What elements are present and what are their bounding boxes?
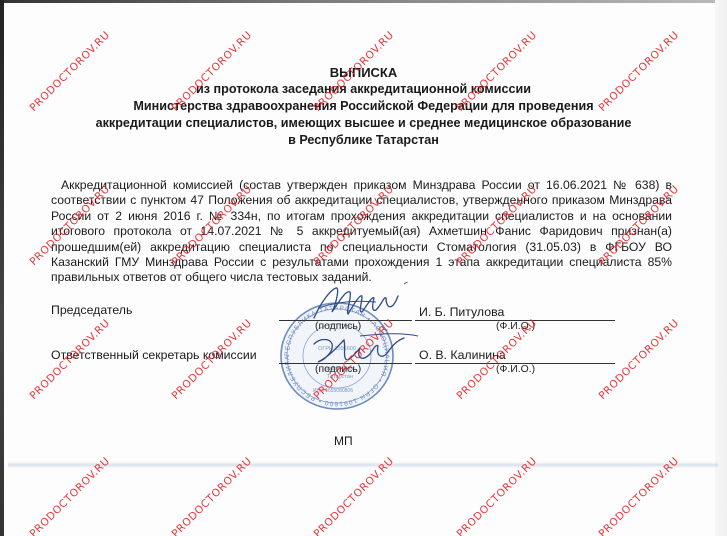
scan-fold-shadow (8, 462, 718, 468)
person-name: И. Б. Питулова (419, 305, 504, 319)
subtitle-line-4: в Республике Татарстан (0, 132, 727, 149)
scan-edge-top (0, 0, 727, 3)
document-body: Аккредитационной комиссией (состав утвер… (51, 178, 672, 286)
name-caption: (Ф.И.О.) (496, 364, 535, 375)
seal-label: МП (334, 434, 353, 448)
signature-chairman (306, 282, 416, 322)
role-label: Председатель (51, 303, 132, 317)
document-header: ВЫПИСКА из протокола заседания аккредита… (0, 64, 727, 149)
subtitle-line-3: аккредитации специалистов, имеющих высше… (0, 115, 727, 132)
watermark: PRODOCTOROV.RU (597, 317, 682, 402)
